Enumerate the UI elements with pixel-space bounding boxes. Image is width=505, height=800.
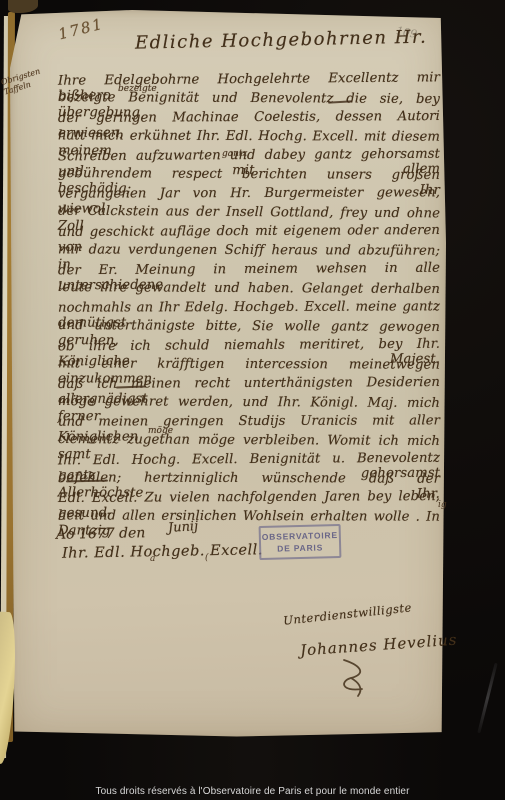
manuscript-line: Schreiben aufzuwarten und dabey gantz ge… [58, 147, 440, 167]
manuscript-line: Ihr. Edl. Hochg. Excell. Benignität u. B… [58, 451, 440, 471]
reflection-sliver [477, 663, 497, 734]
manuscript-line: und unterthänigste bitte, Sie wolle gant… [58, 318, 440, 337]
manuscript-line: heit und allen ersinlichen Wohlsein erha… [58, 508, 440, 526]
manuscript-line: bezeigte Benignität und Benevolentz die … [58, 90, 440, 109]
signature-flourish-icon [338, 658, 372, 698]
manuscript-line: befehlen; hertzinniglich wünschende daß … [58, 470, 440, 488]
manuscript-line: und meinen geringen Studijs Uranicis mit… [58, 413, 440, 431]
manuscript-line: möge gewehret werden, und Ihr. Königl. M… [58, 394, 440, 413]
manuscript-line: und geschickt aufläge doch mit eigenem o… [58, 223, 440, 242]
ink-speck: a [150, 554, 155, 564]
manuscript-line: gebührendem respect berichten unsers gro… [58, 166, 440, 185]
manuscript-line: der Calckstein aus der Insell Gottland, … [58, 204, 440, 224]
interlinear-insertion: möge [148, 426, 173, 436]
stamp-line2: DE PARIS [261, 541, 339, 555]
manuscript-line: nochmahls an Ihr Edelg. Hochgeb. Excell.… [58, 299, 440, 317]
stamp-line1: OBSERVATOIRE [261, 529, 339, 543]
manuscript-line: leute ihre gewandelt und haben. Gelanget… [58, 280, 440, 299]
manuscript-line: hatt mich erkühnet Ihr. Edl. Hochg. Exce… [58, 128, 440, 146]
manuscript-line: Ihre Edelgebohrne Hochgelehrte Excellent… [58, 70, 440, 90]
date-line: Ao 1677 den [56, 525, 146, 543]
manuscript-line: clementz zugethan möge verbleiben. Womit… [58, 432, 440, 451]
scan-background: 1781 109 Obrigsten Taffeln Edliche Hochg… [0, 0, 505, 800]
manuscript-line: der Er. Meinung in meinem wehsen in alle… [58, 261, 440, 281]
manuscript-line: vergangenen Jar von Hr. Burgermeister ge… [58, 185, 440, 203]
date-month: Junij [168, 519, 199, 536]
manuscript-line: daß ich meinen recht unterthänigsten Des… [58, 375, 440, 394]
interlinear-insertion: gantz [222, 149, 247, 159]
manuscript-line: der geringen Machinae Coelestis, dessen … [58, 109, 440, 128]
interlinear-insertion: bezeigte [118, 84, 157, 94]
manuscript-line: mir dazu verdungenen Schiff heraus und a… [58, 242, 440, 260]
manuscript-line: mit einer kräfftigen intercession meinet… [58, 356, 440, 374]
ink-speck: ( [205, 553, 209, 563]
footer-caption: Tous droits réservés à l'Observatoire de… [0, 786, 505, 797]
manuscript-line: ob ihre ich schuld niemahls meritiret, b… [58, 337, 440, 357]
manuscript-line: Edl. Excell. Zu vielen nachfolgenden Jar… [58, 489, 440, 508]
observatory-stamp: OBSERVATOIRE DE PARIS [259, 524, 342, 560]
ink-speck: ig [438, 500, 447, 510]
curled-page-top [8, 0, 38, 13]
